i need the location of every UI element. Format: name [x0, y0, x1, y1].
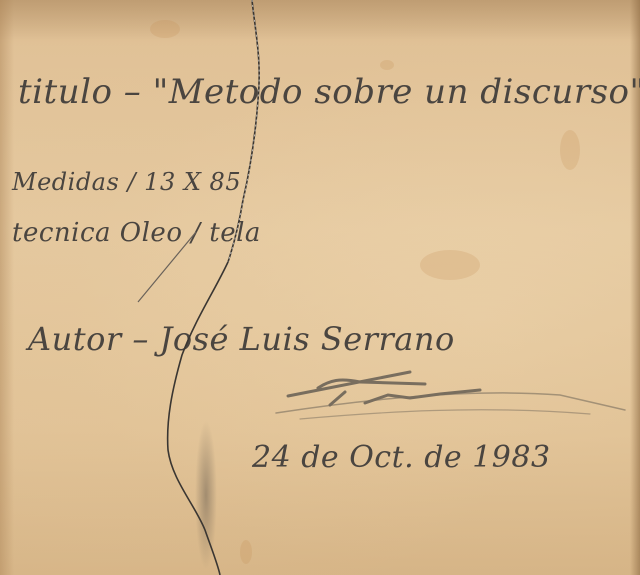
artwork-back-photo: titulo – "Metodo sobre un discurso" Medi… [0, 0, 640, 575]
pencil-marks-and-wire [0, 0, 640, 575]
pencil-stroke [138, 232, 196, 302]
hanging-wire [168, 0, 260, 575]
signature-icon [276, 372, 625, 419]
